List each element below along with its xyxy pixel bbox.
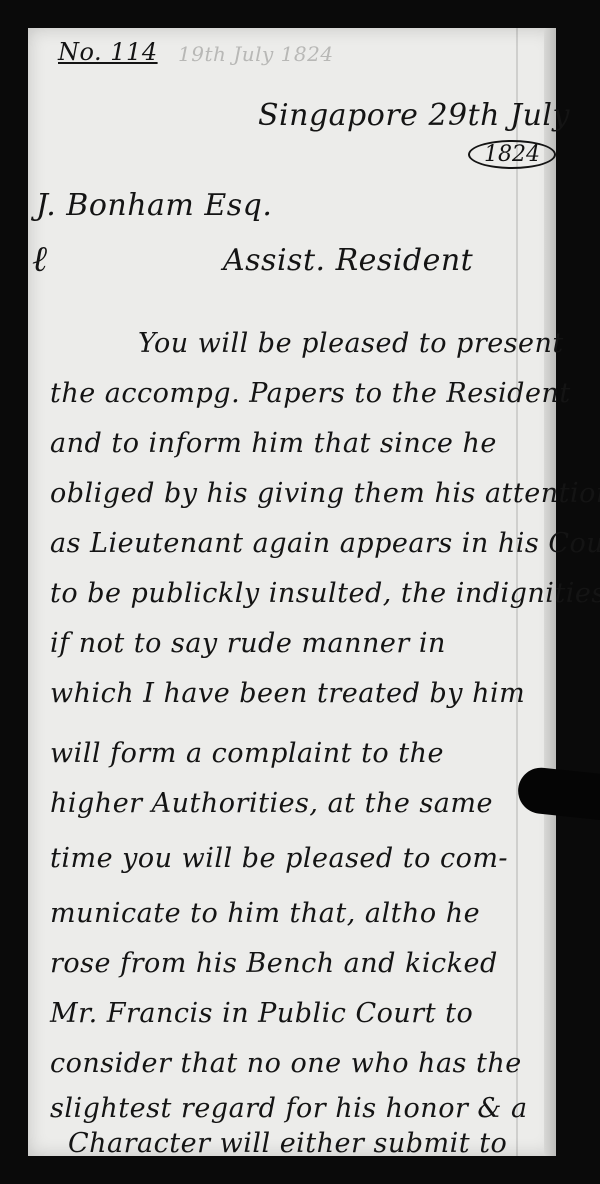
letter-line: higher Authorities, at the same (50, 788, 493, 819)
letter-line: rose from his Bench and kicked (50, 948, 498, 979)
letter-line: slightest regard for his honor & a (50, 1093, 528, 1124)
letter-line: Mr. Francis in Public Court to (50, 998, 473, 1029)
letter-line: will form a complaint to the (50, 738, 444, 769)
place-date: Singapore 29th July (258, 98, 570, 133)
letter-line: Character will either submit to (68, 1128, 507, 1159)
letter-line: obliged by his giving them his attention (50, 478, 600, 509)
faint-date-annotation: 19th July 1824 (178, 42, 334, 66)
margin-flourish: ℓ (32, 238, 47, 280)
reference-number: No. 114 (58, 38, 158, 66)
document-page: No. 114 19th July 1824 Singapore 29th Ju… (28, 28, 556, 1156)
addressee-title: Assist. Resident (223, 243, 473, 278)
letter-line: which I have been treated by him (50, 678, 525, 709)
letter-line: as Lieutenant again appears in his Court (50, 528, 600, 559)
letter-line: time you will be pleased to com- (50, 843, 508, 874)
letter-line: municate to him that, altho he (50, 898, 480, 929)
letter-line: consider that no one who has the (50, 1048, 522, 1079)
letter-line: if not to say rude manner in (50, 628, 446, 659)
letter-line: and to inform him that since he (50, 428, 497, 459)
addressee: J. Bonham Esq. (36, 188, 272, 223)
letter-line: to be publickly insulted, the indignitie… (50, 578, 600, 609)
date-year: 1824 (468, 140, 556, 169)
letter-line: the accompg. Papers to the Resident (50, 378, 571, 409)
letter-line: You will be pleased to present (138, 328, 564, 359)
